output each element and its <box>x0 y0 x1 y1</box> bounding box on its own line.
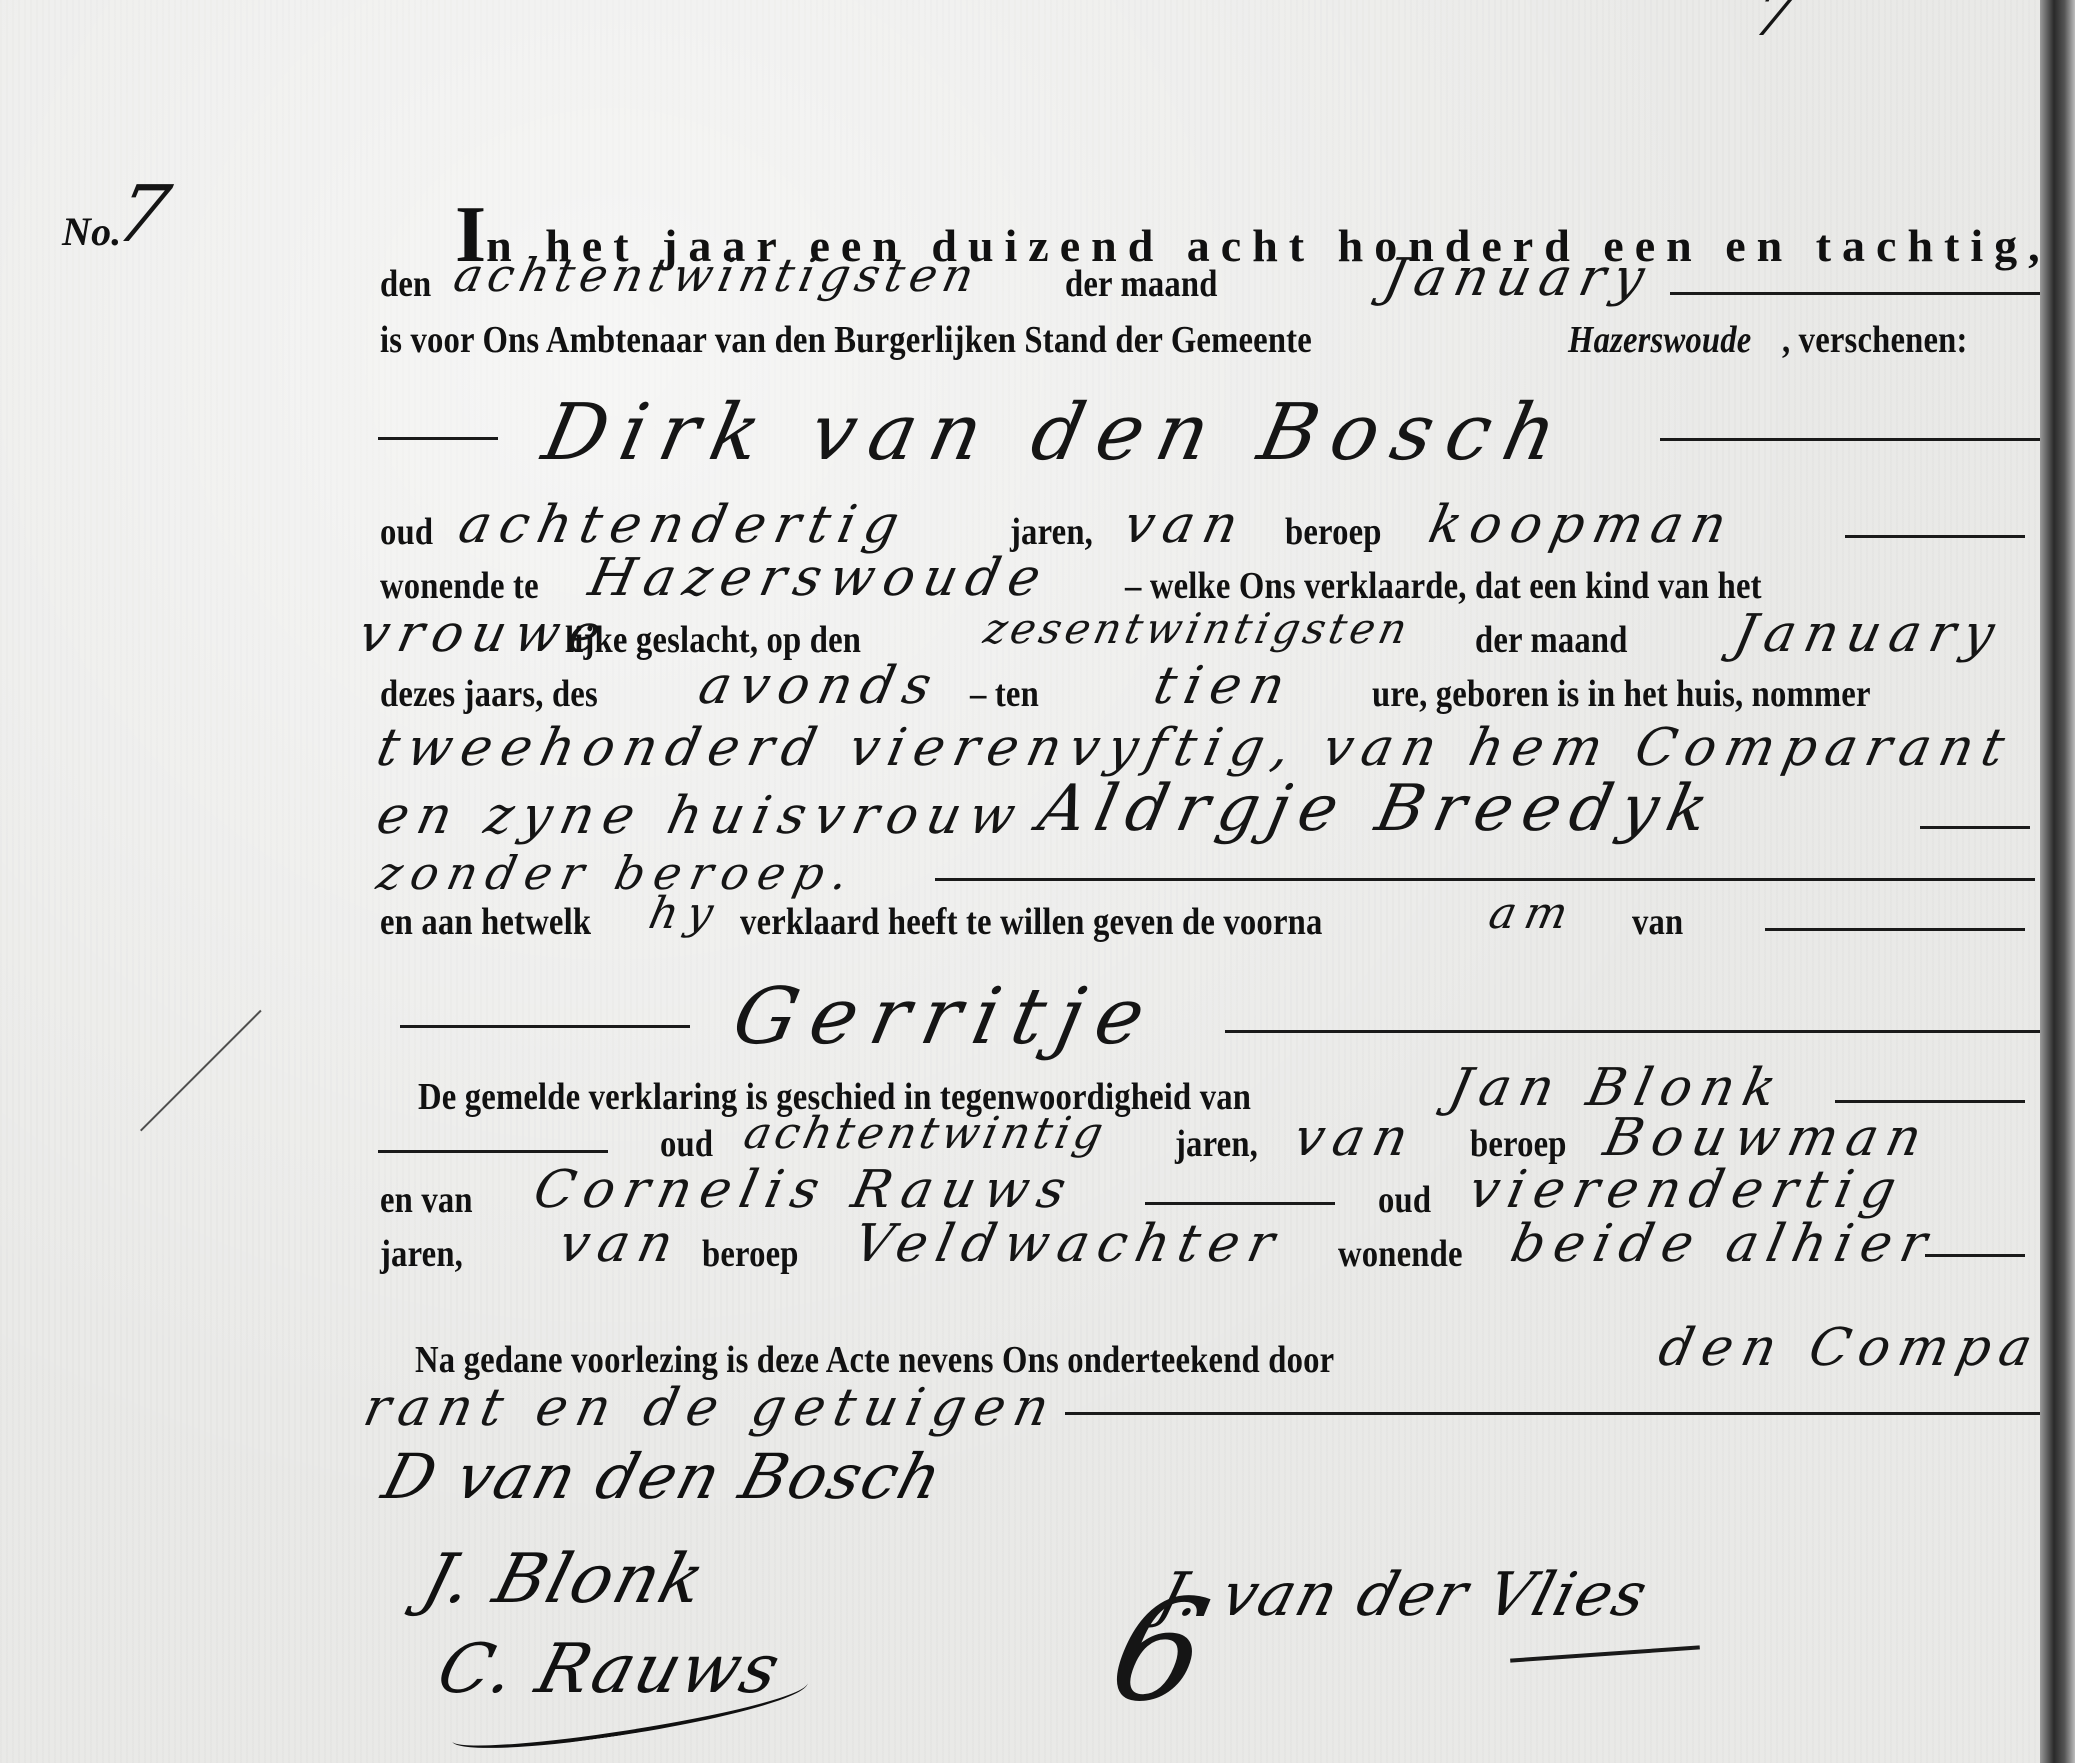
hand-witness-2-age: vierendertig <box>1464 1160 1910 1220</box>
fill-line <box>1920 826 2030 829</box>
hand-occupation: koopman <box>1424 495 1741 555</box>
fill-line <box>1925 1254 2025 1257</box>
hand-child-name: Gerritje <box>725 972 1166 1062</box>
hand-residence: Hazerswoude <box>584 548 1055 608</box>
printed-hetwelk: en aan hetwelk <box>380 900 591 944</box>
hand-wife-intro: en zyne huisvrouw <box>372 786 1030 846</box>
printed-en-van: en van <box>380 1178 473 1222</box>
hand-van: van <box>1119 495 1253 555</box>
official-flourish-initial: 6 <box>1098 1570 1231 1733</box>
printed-geboren: ure, geboren is in het huis, nommer <box>1372 672 1871 716</box>
fill-line <box>1765 928 2025 931</box>
hand-am: am <box>1485 888 1582 939</box>
hand-house-number: tweehonderd vierenvyftig, van hem Compar… <box>372 718 2019 778</box>
fill-line <box>400 1025 690 1028</box>
hand-declarant-name: Dirk van den Bosch <box>535 388 1578 478</box>
fill-line <box>378 437 498 440</box>
document-page: 7 No. 7 In het jaar een duizend acht hon… <box>0 0 2040 1763</box>
hand-van-3: van <box>554 1214 688 1274</box>
printed-voorlezing: Na gedane voorlezing is deze Acte nevens… <box>415 1338 1334 1382</box>
printed-jaren-3: jaren, <box>380 1232 463 1276</box>
fill-line <box>1145 1202 1335 1205</box>
hand-witness-1-age: achtentwintig <box>740 1108 1112 1159</box>
fill-line <box>1835 1100 2025 1103</box>
printed-intro: is voor Ons Ambtenaar van den Burgerlijk… <box>380 318 1312 362</box>
hand-witness-1-occupation: Bouwman <box>1599 1108 1936 1168</box>
hand-hy: hy <box>645 888 727 939</box>
printed-jaren-2: jaren, <box>1175 1122 1258 1166</box>
hand-witness-2-occupation: Veldwachter <box>849 1214 1289 1274</box>
hand-day: achtentwintigsten <box>449 248 984 302</box>
printed-van: van <box>1632 900 1683 944</box>
printed-verschenen: , verschenen: <box>1782 318 1968 362</box>
hand-signed-by: den Compa <box>1654 1318 2047 1378</box>
hand-van-2: van <box>1289 1108 1423 1168</box>
fill-line <box>1065 1412 2040 1415</box>
printed-oud-3: oud <box>1378 1178 1431 1222</box>
page-binding-edge <box>2040 0 2075 1763</box>
signature-declarant: D van den Bosch <box>375 1440 951 1513</box>
pencil-stroke <box>140 1010 262 1132</box>
printed-wonende-te: wonende te <box>380 564 539 608</box>
printed-wonende: wonende <box>1338 1232 1463 1276</box>
hand-hour: tien <box>1149 656 1300 716</box>
fill-line <box>1670 292 2040 295</box>
hand-mother-name: Aldrgje Breedyk <box>1032 772 1724 846</box>
fill-line <box>1225 1030 2040 1033</box>
hand-residence-witnesses: beide alhier <box>1506 1214 1941 1274</box>
corner-mark: 7 <box>1748 0 1810 50</box>
printed-beroep-3: beroep <box>702 1232 799 1276</box>
printed-beroep: beroep <box>1285 510 1382 554</box>
hand-age: achtendertig <box>454 495 913 555</box>
signature-witness-1: J. Blonk <box>414 1540 714 1619</box>
printed-den: den <box>380 262 431 306</box>
fill-line <box>935 878 2035 881</box>
printed-ten: – ten <box>970 672 1039 716</box>
hand-witness-2: Cornelis Rauws <box>529 1160 1080 1220</box>
hand-signed-by-cont: rant en de getuigen <box>359 1378 1064 1438</box>
hand-birth-month: January <box>1729 604 2009 664</box>
hand-month: January <box>1379 248 1659 308</box>
record-number: 7 <box>108 170 191 260</box>
signature-underline <box>1510 1645 1700 1662</box>
fill-line <box>1660 438 2040 441</box>
fill-line <box>1845 535 2025 538</box>
hand-mother-occupation: zonder beroep. <box>372 846 862 900</box>
printed-verklaarde: – welke Ons verklaarde, dat een kind van… <box>1125 564 1762 608</box>
printed-municipality: Hazerswoude <box>1568 318 1751 362</box>
fill-line <box>378 1150 608 1153</box>
printed-oud: oud <box>380 510 433 554</box>
printed-der-maand-2: der maand <box>1475 618 1628 662</box>
hand-birth-day: zesentwintigsten <box>980 604 1416 653</box>
hand-time-of-day: avonds <box>694 656 946 716</box>
printed-voornaam: verklaard heeft te willen geven de voorn… <box>740 900 1322 944</box>
printed-der-maand: der maand <box>1065 262 1218 306</box>
printed-dezes-jaars: dezes jaars, des <box>380 672 598 716</box>
